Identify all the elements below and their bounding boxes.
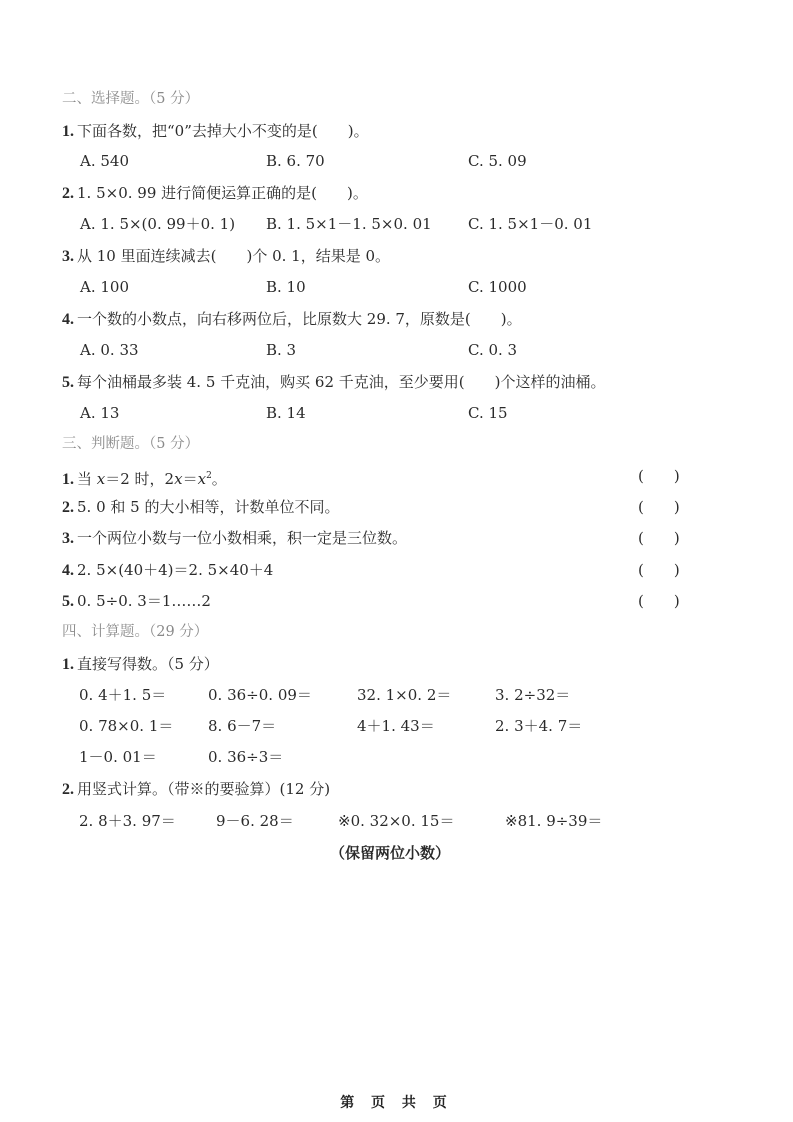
option-b: B. 3 [266, 340, 296, 360]
calc-part-1: 1.直接写得数。（5 分） [62, 654, 219, 675]
question-text: 下面各数，把“0”去掉大小不变的是( )。 [77, 122, 369, 140]
option-a: A. 1. 5×(0. 99＋0. 1) [80, 214, 235, 234]
answer-blank[interactable]: ( ) [638, 528, 680, 548]
question-text: 直接写得数。（5 分） [77, 655, 219, 673]
oral-calc-item: 8. 6－7＝ [208, 716, 276, 736]
section-title-judge: 三、判断题。（5 分） [62, 434, 199, 454]
question-number: 3. [62, 248, 74, 265]
question-number: 3. [62, 530, 74, 547]
option-b: B. 14 [266, 403, 306, 423]
judge-question-2: 2.5. 0 和 5 的大小相等，计数单位不同。 [62, 497, 339, 518]
option-b: B. 10 [266, 277, 306, 297]
option-c: C. 15 [468, 403, 508, 423]
calc-part-2: 2.用竖式计算。（带※的要验算）(12 分) [62, 779, 330, 800]
choice-question-4: 4.一个数的小数点，向右移两位后，比原数大 29. 7，原数是( )。 [62, 309, 522, 330]
answer-blank[interactable]: ( ) [638, 591, 680, 611]
vertical-calc-item: ※81. 9÷39＝ [505, 811, 602, 831]
choice-question-5: 5.每个油桶最多装 4. 5 千克油，购买 62 千克油，至少要用( )个这样的… [62, 372, 606, 393]
question-number: 2. [62, 781, 74, 798]
oral-calc-item: 3. 2÷32＝ [495, 685, 570, 705]
answer-blank[interactable]: ( ) [638, 466, 680, 486]
question-number: 1. [62, 471, 74, 488]
question-number: 5. [62, 374, 74, 391]
variable-x: x [97, 470, 105, 488]
oral-calc-item: 0. 36÷3＝ [208, 747, 283, 767]
question-text: 1. 5×0. 99 进行简便运算正确的是( )。 [77, 184, 368, 202]
judge-question-5: 5.0. 5÷0. 3＝1……2 [62, 591, 211, 612]
page-footer: 第 页 共 页 [0, 1092, 793, 1112]
section-title-calc: 四、计算题。（29 分） [62, 622, 208, 642]
judge-question-1: 1.当 x＝2 时，2x＝x2。 [62, 466, 227, 490]
judge-question-3: 3.一个两位小数与一位小数相乘，积一定是三位数。 [62, 528, 407, 549]
oral-calc-item: 1－0. 01＝ [79, 747, 157, 767]
oral-calc-item: 0. 78×0. 1＝ [79, 716, 173, 736]
choice-question-3: 3.从 10 里面连续减去( )个 0. 1，结果是 0。 [62, 246, 390, 267]
vertical-calc-item: ※0. 32×0. 15＝ [338, 811, 454, 831]
answer-blank[interactable]: ( ) [638, 497, 680, 517]
vertical-calc-item: 2. 8＋3. 97＝ [79, 811, 176, 831]
question-text: 当 [77, 470, 97, 488]
option-a: A. 540 [80, 151, 129, 171]
choice-question-2: 2.1. 5×0. 99 进行简便运算正确的是( )。 [62, 183, 368, 204]
oral-calc-item: 0. 36÷0. 09＝ [208, 685, 312, 705]
option-b: B. 1. 5×1－1. 5×0. 01 [266, 214, 432, 234]
option-c: C. 1000 [468, 277, 527, 297]
rounding-note: （保留两位小数） [330, 843, 450, 863]
question-number: 4. [62, 311, 74, 328]
variable-x: x [174, 470, 182, 488]
question-number: 4. [62, 562, 74, 579]
oral-calc-item: 2. 3＋4. 7＝ [495, 716, 582, 736]
oral-calc-item: 32. 1×0. 2＝ [357, 685, 451, 705]
vertical-calc-item: 9－6. 28＝ [216, 811, 294, 831]
option-a: A. 13 [80, 403, 119, 423]
option-c: C. 0. 3 [468, 340, 517, 360]
question-text: ＝2 时，2 [105, 470, 174, 488]
question-text: 一个两位小数与一位小数相乘，积一定是三位数。 [77, 529, 407, 547]
question-number: 1. [62, 123, 74, 140]
option-b: B. 6. 70 [266, 151, 325, 171]
question-text: ＝ [183, 470, 198, 488]
oral-calc-item: 0. 4＋1. 5＝ [79, 685, 166, 705]
question-text: 。 [212, 470, 227, 488]
question-text: 5. 0 和 5 的大小相等，计数单位不同。 [77, 498, 339, 516]
choice-question-1: 1.下面各数，把“0”去掉大小不变的是( )。 [62, 121, 369, 142]
question-text: 从 10 里面连续减去( )个 0. 1，结果是 0。 [77, 247, 390, 265]
question-text: 2. 5×(40＋4)＝2. 5×40＋4 [77, 561, 273, 579]
question-text: 一个数的小数点，向右移两位后，比原数大 29. 7，原数是( )。 [77, 310, 522, 328]
question-number: 1. [62, 656, 74, 673]
question-text: 用竖式计算。（带※的要验算）(12 分) [77, 780, 330, 798]
oral-calc-item: 4＋1. 43＝ [357, 716, 435, 736]
question-number: 2. [62, 499, 74, 516]
question-number: 2. [62, 185, 74, 202]
section-title-choice: 二、选择题。（5 分） [62, 89, 199, 109]
answer-blank[interactable]: ( ) [638, 560, 680, 580]
option-a: A. 100 [80, 277, 129, 297]
option-c: C. 5. 09 [468, 151, 527, 171]
option-a: A. 0. 33 [80, 340, 139, 360]
judge-question-4: 4.2. 5×(40＋4)＝2. 5×40＋4 [62, 560, 273, 581]
question-text: 每个油桶最多装 4. 5 千克油，购买 62 千克油，至少要用( )个这样的油桶… [77, 373, 606, 391]
option-c: C. 1. 5×1－0. 01 [468, 214, 592, 234]
question-text: 0. 5÷0. 3＝1……2 [77, 592, 211, 610]
variable-x: x [198, 470, 206, 488]
question-number: 5. [62, 593, 74, 610]
